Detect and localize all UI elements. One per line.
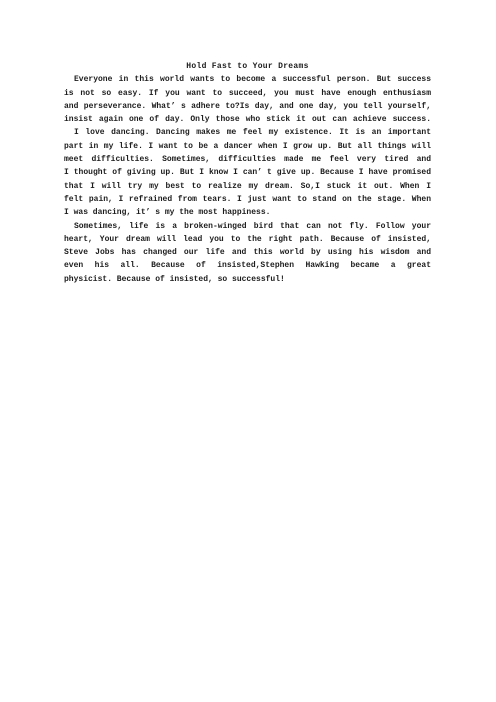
essay-line: heart, Your dream will lead you to the r… <box>64 233 431 246</box>
essay-line: and perseverance. What’ s adhere to?Is d… <box>64 100 431 113</box>
essay-title: Hold Fast to Your Dreams <box>64 60 431 73</box>
essay-line: Steve Jobs has changed our life and this… <box>64 246 431 259</box>
essay-line: felt pain, I refrained from tears. I jus… <box>64 193 431 206</box>
essay-body: Everyone in this world wants to become a… <box>64 73 431 286</box>
essay-line: I thought of giving up. But I know I can… <box>64 166 431 179</box>
essay-line: insist again one of day. Only those who … <box>64 113 431 126</box>
essay-line: I love dancing. Dancing makes me feel my… <box>64 126 431 139</box>
essay-line: that I will try my best to realize my dr… <box>64 180 431 193</box>
essay-line: Sometimes, life is a broken-winged bird … <box>64 220 431 233</box>
essay-line: I was dancing, it’ s my the most happine… <box>64 206 431 219</box>
essay-line: physicist. Because of insisted, so succe… <box>64 273 431 286</box>
essay: Hold Fast to Your Dreams Everyone in thi… <box>64 60 431 286</box>
essay-line: meet difficulties. Sometimes, difficulti… <box>64 153 431 166</box>
document-page: Hold Fast to Your Dreams Everyone in thi… <box>0 0 496 702</box>
essay-line: part in my life. I want to be a dancer w… <box>64 140 431 153</box>
essay-line: is not so easy. If you want to succeed, … <box>64 87 431 100</box>
essay-line: even his all. Because of insisted,Stephe… <box>64 259 431 272</box>
essay-line: Everyone in this world wants to become a… <box>64 73 431 86</box>
